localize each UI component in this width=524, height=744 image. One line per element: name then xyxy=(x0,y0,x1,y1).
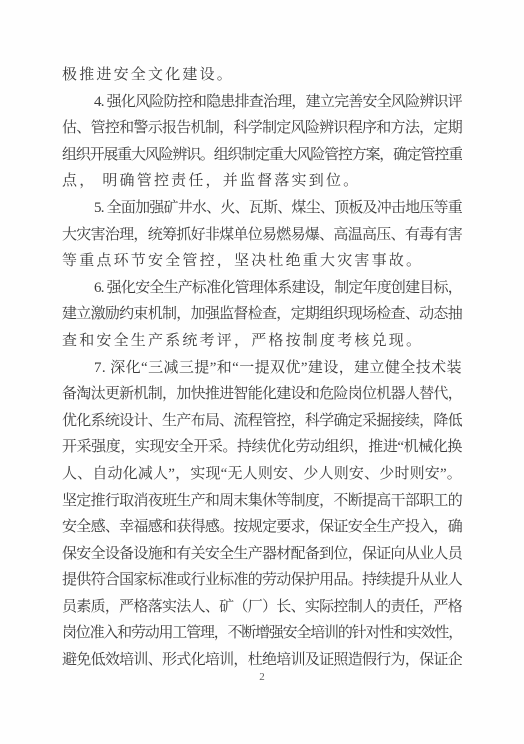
text-line: 点， 明确管控责任，并监督落实到位。 xyxy=(62,168,462,195)
text-line: 优化系统设计、生产布局、流程管控，科学确定采掘接续，降低 xyxy=(62,408,462,435)
text-line: 查和安全生产系统考评，严格按制度考核兑现。 xyxy=(62,328,462,355)
text-line: 坚定推行取消夜班生产和周末集休等制度，不断提高干部职工的 xyxy=(62,488,462,515)
text-line: 员素质，严格落实法人、矿（厂）长、实际控制人的责任，严格 xyxy=(62,594,462,621)
text-line: 等重点环节安全管控，坚决杜绝重大灾害事故。 xyxy=(62,248,462,275)
document-text: 极推进安全文化建设。4. 强化风险防控和隐患排查治理，建立完善安全风险辨识评估、… xyxy=(62,62,462,674)
text-line: 7. 深化“三减三提”和“一提双优”建设，建立健全技术装 xyxy=(62,355,462,382)
text-line: 安全感、幸福感和获得感。按规定要求，保证安全生产投入，确 xyxy=(62,514,462,541)
text-line: 人、自动化减人”，实现“无人则安、少人则安、少时则安”。 xyxy=(62,461,462,488)
text-line: 极推进安全文化建设。 xyxy=(62,62,462,89)
text-line: 5. 全面加强矿井水、火、瓦斯、煤尘、顶板及冲击地压等重 xyxy=(62,195,462,222)
text-line: 开采强度，实现安全开采。持续优化劳动组织，推进“机械化换 xyxy=(62,434,462,461)
text-line: 保安全设备设施和有关安全生产器材配备到位，保证向从业人员 xyxy=(62,541,462,568)
text-line: 组织开展重大风险辨识。组织制定重大风险管控方案，确定管控重 xyxy=(62,142,462,169)
text-line: 提供符合国家标准或行业标准的劳动保护用品。持续提升从业人 xyxy=(62,567,462,594)
text-line: 岗位准入和劳动用工管理，不断增强安全培训的针对性和实效性， xyxy=(62,620,462,647)
text-line: 6. 强化安全生产标准化管理体系建设，制定年度创建目标， xyxy=(62,275,462,302)
text-line: 大灾害治理，统筹抓好非煤单位易燃易爆、高温高压、有毒有害 xyxy=(62,222,462,249)
text-line: 备淘汰更新机制，加快推进智能化建设和危险岗位机器人替代， xyxy=(62,381,462,408)
page-number: 2 xyxy=(0,668,524,686)
document-page: 极推进安全文化建设。4. 强化风险防控和隐患排查治理，建立完善安全风险辨识评估、… xyxy=(0,0,524,744)
text-line: 4. 强化风险防控和隐患排查治理，建立完善安全风险辨识评 xyxy=(62,89,462,116)
text-line: 估、管控和警示报告机制，科学制定风险辨识程序和方法，定期 xyxy=(62,115,462,142)
text-line: 建立激励约束机制，加强监督检查，定期组织现场检查、动态抽 xyxy=(62,301,462,328)
